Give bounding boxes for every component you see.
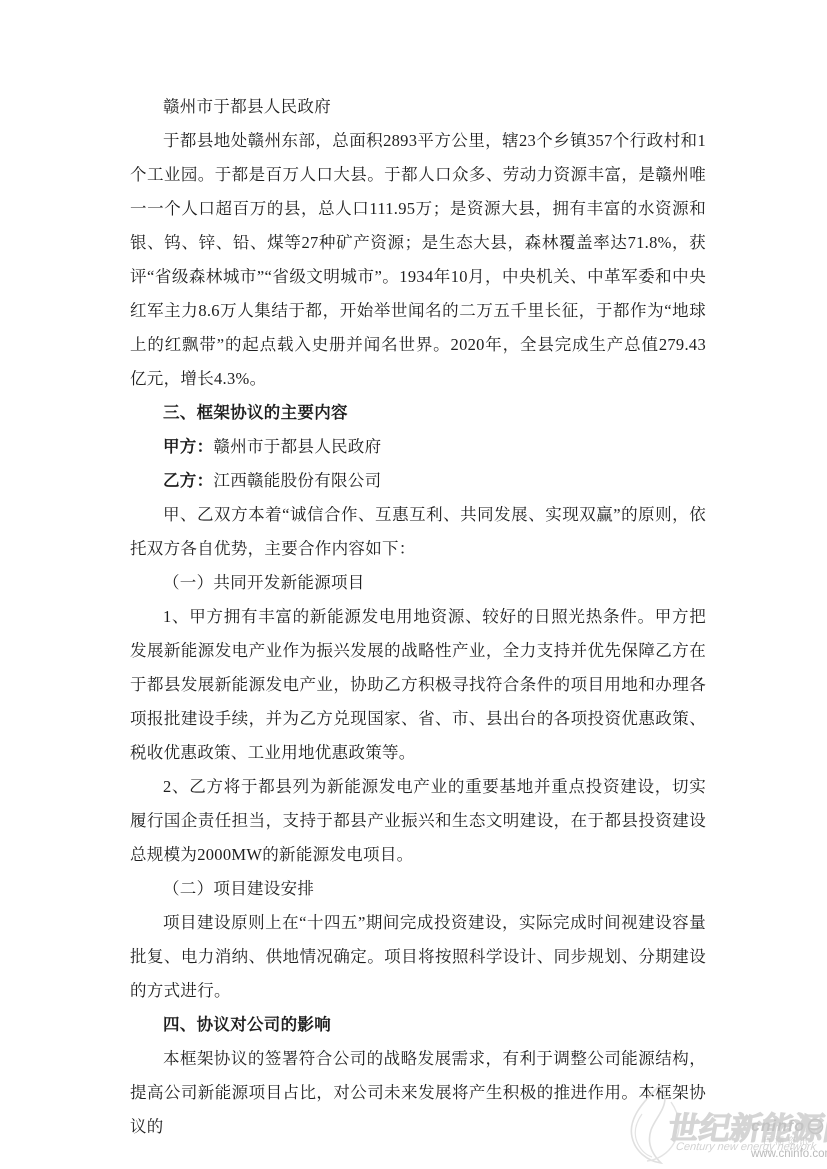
paragraph-gov-name: 赣州市于都县人民政府 [130,90,706,124]
paragraph-clause-two: 2、乙方将于都县列为新能源发电产业的重要基地并重点投资建设，切实履行国企责任担当… [130,770,706,872]
paragraph-party-a: 甲方：赣州市于都县人民政府 [130,430,706,464]
party-a-label: 甲方： [163,438,213,456]
cninfo-globe-icon [807,1118,824,1135]
paragraph-impact: 本框架协议的签署符合公司的战略发展需求，有利于调整公司能源结构，提高公司新能源项… [130,1042,706,1144]
document-page: 赣州市于都县人民政府 于都县地处赣州东部，总面积2893平方公里，辖23个乡镇3… [0,0,827,1169]
party-b-value: 江西赣能股份有限公司 [213,471,381,490]
cninfo-logo: cninfo 巨潮资讯 www.cninfo.com.cn [751,1118,827,1161]
cninfo-wordmark: cninfo [751,1118,805,1136]
paragraph-county-intro: 于都县地处赣州东部，总面积2893平方公里，辖23个乡镇357个行政村和1个工业… [130,124,706,396]
paragraph-principles: 甲、乙双方本着“诚信合作、互惠互利、共同发展、实现双赢”的原则，依托双方各自优势… [130,498,706,566]
cninfo-chinese-name: 巨潮资讯 [763,1137,827,1147]
heading-section-three: 三、框架协议的主要内容 [130,396,706,430]
document-body: 赣州市于都县人民政府 于都县地处赣州东部，总面积2893平方公里，辖23个乡镇3… [130,90,706,1144]
party-b-label: 乙方： [163,472,213,490]
cninfo-url: www.cninfo.com.cn [751,1148,827,1161]
paragraph-clause-one: 1、甲方拥有丰富的新能源发电用地资源、较好的日照光热条件。甲方把发展新能源发电产… [130,600,706,770]
subheading-item-one: （一）共同开发新能源项目 [130,566,706,600]
heading-section-four: 四、协议对公司的影响 [130,1008,706,1042]
party-a-value: 赣州市于都县人民政府 [213,437,381,456]
paragraph-party-b: 乙方：江西赣能股份有限公司 [130,464,706,498]
paragraph-construction-plan: 项目建设原则上在“十四五”期间完成投资建设，实际完成时间视建设容量批复、电力消纳… [130,906,706,1008]
subheading-item-two: （二）项目建设安排 [130,872,706,906]
